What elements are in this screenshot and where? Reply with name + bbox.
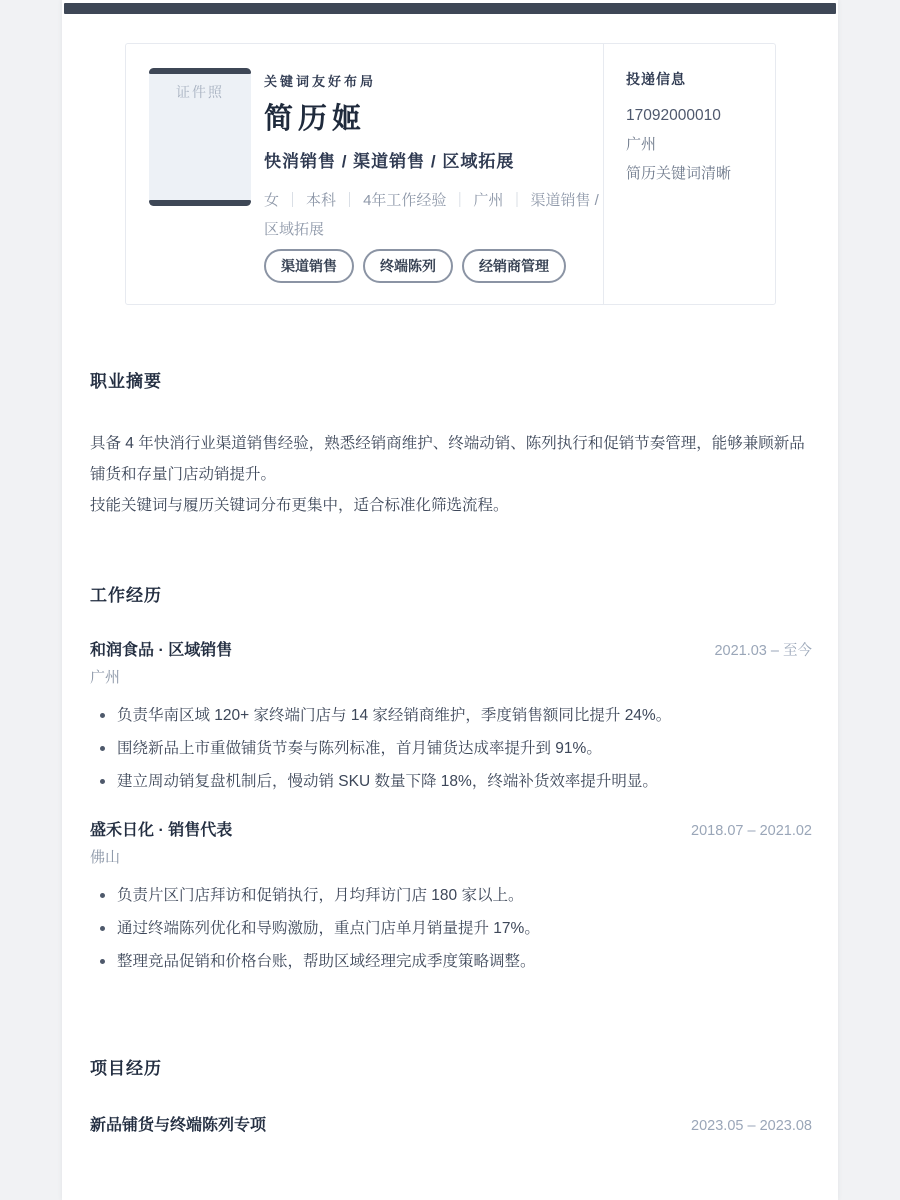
summary-paragraph: 技能关键词与履历关键词分布更集中，适合标准化筛选流程。	[90, 490, 812, 521]
skill-tags: 渠道销售 终端陈列 经销商管理	[264, 249, 603, 283]
experience-entry-location: 广州	[90, 669, 812, 687]
meta-separator: ｜	[279, 192, 306, 209]
top-accent-bar	[64, 3, 836, 14]
meta-separator: ｜	[503, 192, 530, 209]
photo-placeholder-label: 证件照	[176, 82, 224, 102]
experience-bullet: 围绕新品上市重做铺货节奏与陈列标准，首月铺货达成率提升到 91%。	[90, 734, 812, 764]
profile-info: 关键词友好布局 简历姬 快消销售 / 渠道销售 / 区域拓展 女｜本科｜4年工作…	[251, 68, 603, 304]
meta-gender: 女	[264, 192, 279, 209]
skill-tag: 渠道销售	[264, 249, 354, 283]
experience-bullet-list: 负责片区门店拜访和促销执行，月均拜访门店 180 家以上。 通过终端陈列优化和导…	[90, 881, 812, 977]
delivery-city: 广州	[626, 135, 779, 155]
project-entry-title: 新品铺货与终端陈列专项	[90, 1116, 266, 1135]
profile-card: 证件照 关键词友好布局 简历姬 快消销售 / 渠道销售 / 区域拓展 女｜本科｜…	[125, 43, 776, 305]
experience-bullet: 整理竞品促销和价格台账，帮助区域经理完成季度策略调整。	[90, 947, 812, 977]
meta-experience: 4年工作经验	[363, 192, 446, 209]
delivery-info-title: 投递信息	[626, 69, 779, 89]
experience-entry-header: 盛禾日化 · 销售代表 2018.07 – 2021.02	[90, 821, 812, 841]
meta-separator: ｜	[336, 192, 363, 209]
id-photo-placeholder: 证件照	[149, 68, 251, 206]
experience-entry-period: 2021.03 – 至今	[714, 642, 812, 661]
candidate-meta: 女｜本科｜4年工作经验｜广州｜渠道销售 / 区域拓展	[264, 186, 600, 244]
meta-education: 本科	[306, 192, 336, 209]
experience-entry-header: 和润食品 · 区域销售 2021.03 – 至今	[90, 641, 812, 661]
delivery-phone: 17092000010	[626, 106, 779, 126]
candidate-roles: 快消销售 / 渠道销售 / 区域拓展	[264, 152, 603, 172]
resume-body: 职业摘要 具备 4 年快消行业渠道销售经验，熟悉经销商维护、终端动销、陈列执行和…	[90, 372, 812, 1136]
delivery-info-panel: 投递信息 17092000010 广州 简历关键词清晰	[603, 44, 779, 304]
experience-bullet: 负责华南区域 120+ 家终端门店与 14 家经销商维护，季度销售额同比提升 2…	[90, 701, 812, 731]
experience-bullet-list: 负责华南区域 120+ 家终端门店与 14 家经销商维护，季度销售额同比提升 2…	[90, 701, 812, 797]
project-entry-period: 2023.05 – 2023.08	[691, 1117, 812, 1136]
experience-entry-title: 和润食品 · 区域销售	[90, 641, 232, 660]
candidate-name: 简历姬	[264, 102, 603, 136]
experience-entry-period: 2018.07 – 2021.02	[691, 822, 812, 841]
experience-entry-location: 佛山	[90, 849, 812, 867]
experience-entry-title: 盛禾日化 · 销售代表	[90, 821, 232, 840]
profile-main: 证件照 关键词友好布局 简历姬 快消销售 / 渠道销售 / 区域拓展 女｜本科｜…	[126, 44, 603, 304]
resume-page: 证件照 关键词友好布局 简历姬 快消销售 / 渠道销售 / 区域拓展 女｜本科｜…	[62, 0, 838, 1200]
summary-paragraph: 具备 4 年快消行业渠道销售经验，熟悉经销商维护、终端动销、陈列执行和促销节奏管…	[90, 428, 812, 490]
profile-tagline: 关键词友好布局	[264, 71, 603, 90]
meta-separator: ｜	[446, 192, 473, 209]
skill-tag: 经销商管理	[462, 249, 566, 283]
meta-city: 广州	[473, 192, 503, 209]
delivery-note: 简历关键词清晰	[626, 164, 779, 184]
section-heading-projects: 项目经历	[90, 1059, 812, 1078]
experience-bullet: 负责片区门店拜访和促销执行，月均拜访门店 180 家以上。	[90, 881, 812, 911]
section-heading-experience: 工作经历	[90, 586, 812, 605]
skill-tag: 终端陈列	[363, 249, 453, 283]
experience-bullet: 建立周动销复盘机制后，慢动销 SKU 数量下降 18%，终端补货效率提升明显。	[90, 767, 812, 797]
section-heading-summary: 职业摘要	[90, 372, 812, 391]
project-entry-header: 新品铺货与终端陈列专项 2023.05 – 2023.08	[90, 1116, 812, 1136]
experience-bullet: 通过终端陈列优化和导购激励，重点门店单月销量提升 17%。	[90, 914, 812, 944]
